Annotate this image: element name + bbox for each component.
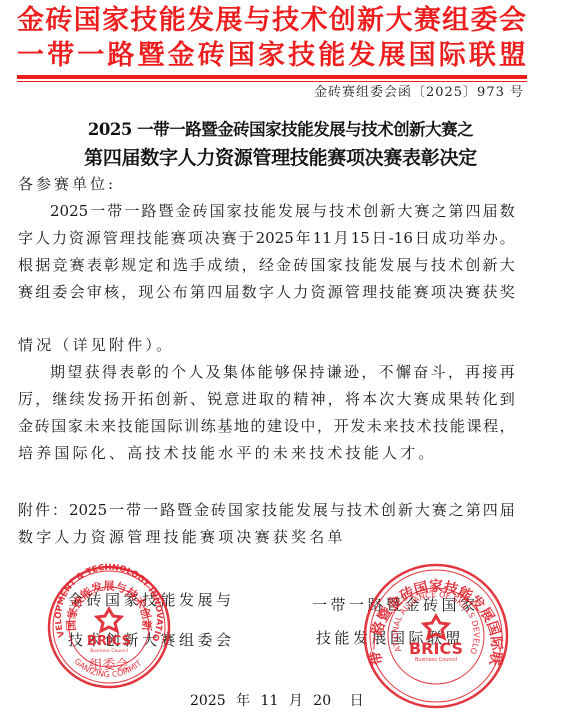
stamp-right-logo: BRICS [409,639,463,658]
document-title-line-2: 第四届数字人力资源管理技能赛项决赛表彰决定 [0,143,561,170]
paragraph-1-line-4: 赛组委会审核，现公布第四届数字人力资源管理技能赛项决赛获奖 [18,282,515,302]
date-year: 2025 [190,693,226,709]
stamp-left-seal: BRICS SKILLS DEVELOPMENT & TECHNOLOGY IN… [47,563,171,693]
issue-date: 2025 年 11 月 20 日 [190,690,364,710]
paragraph-2-line-4: 培养国际化、高技术技能水平的未来技术技能人才。 [18,443,515,463]
paragraph-1-line-2: 字人力资源管理技能赛项决赛于2025年11月15日-16日成功举办。 [18,228,515,248]
paragraph-2-line-3: 金砖国家未来技能国际训练基地的建设中，开发未来技术技能课程， [18,416,515,436]
letterhead-line-1: 金砖国家技能发展与技术创新大赛组委会 [17,6,526,36]
stamp-right-logo-sub: Business Council [415,657,457,663]
stamp-right-star-icon [424,616,448,638]
paragraph-1-line-5: 情况（详见附件）。 [18,335,515,355]
paragraph-2-line-2: 厉，继续发扬开拓创新、锐意进取的精神，将本次大赛成果转化到 [18,389,515,409]
stamp-left-bottom-cn: 组委会 [89,658,128,673]
paragraph-1-line-3: 根据竞赛表彰规定和选手成绩，经金砖国家技能发展与技术创新大 [18,255,515,275]
date-month-unit: 月 [289,693,303,709]
stamp-left-star-icon [97,609,121,631]
date-year-unit: 年 [236,693,250,709]
paragraph-2-line-1: 期望获得表彰的个人及集体能够保持谦逊，不懈奋斗，再接再 [50,362,515,382]
date-day: 20 [313,693,331,709]
letterhead-rule-thin [17,81,527,82]
date-month: 11 [261,693,279,709]
stamp-left-logo: BRICS [87,634,131,649]
date-day-unit: 日 [350,693,364,709]
salutation: 各参赛单位: [18,174,515,194]
letterhead-rule-thick [17,75,527,79]
document-number: 金砖赛组委会函〔2025〕973 号 [314,84,524,102]
stamp-left-logo-sub: Business Council [90,648,128,654]
attachment-line-1: 附件：2025一带一路暨金砖国家技能发展与技术创新大赛之第四届 [18,500,515,520]
letterhead-line-2: 一带一路暨金砖国家技能发展国际联盟 [17,41,526,71]
attachment-line-2: 数字人力资源管理技能赛项决赛获奖名单 [18,527,515,547]
stamp-right-seal: 一带一路暨金砖国家技能发展国际联盟 INTERNATIONAL ALLIANCE… [362,562,510,712]
document-title-line-1: 2025 一带一路暨金砖国家技能发展与技术创新大赛之 [0,116,561,140]
paragraph-1-line-1: 2025一带一路暨金砖国家技能发展与技术创新大赛之第四届数 [50,201,515,221]
